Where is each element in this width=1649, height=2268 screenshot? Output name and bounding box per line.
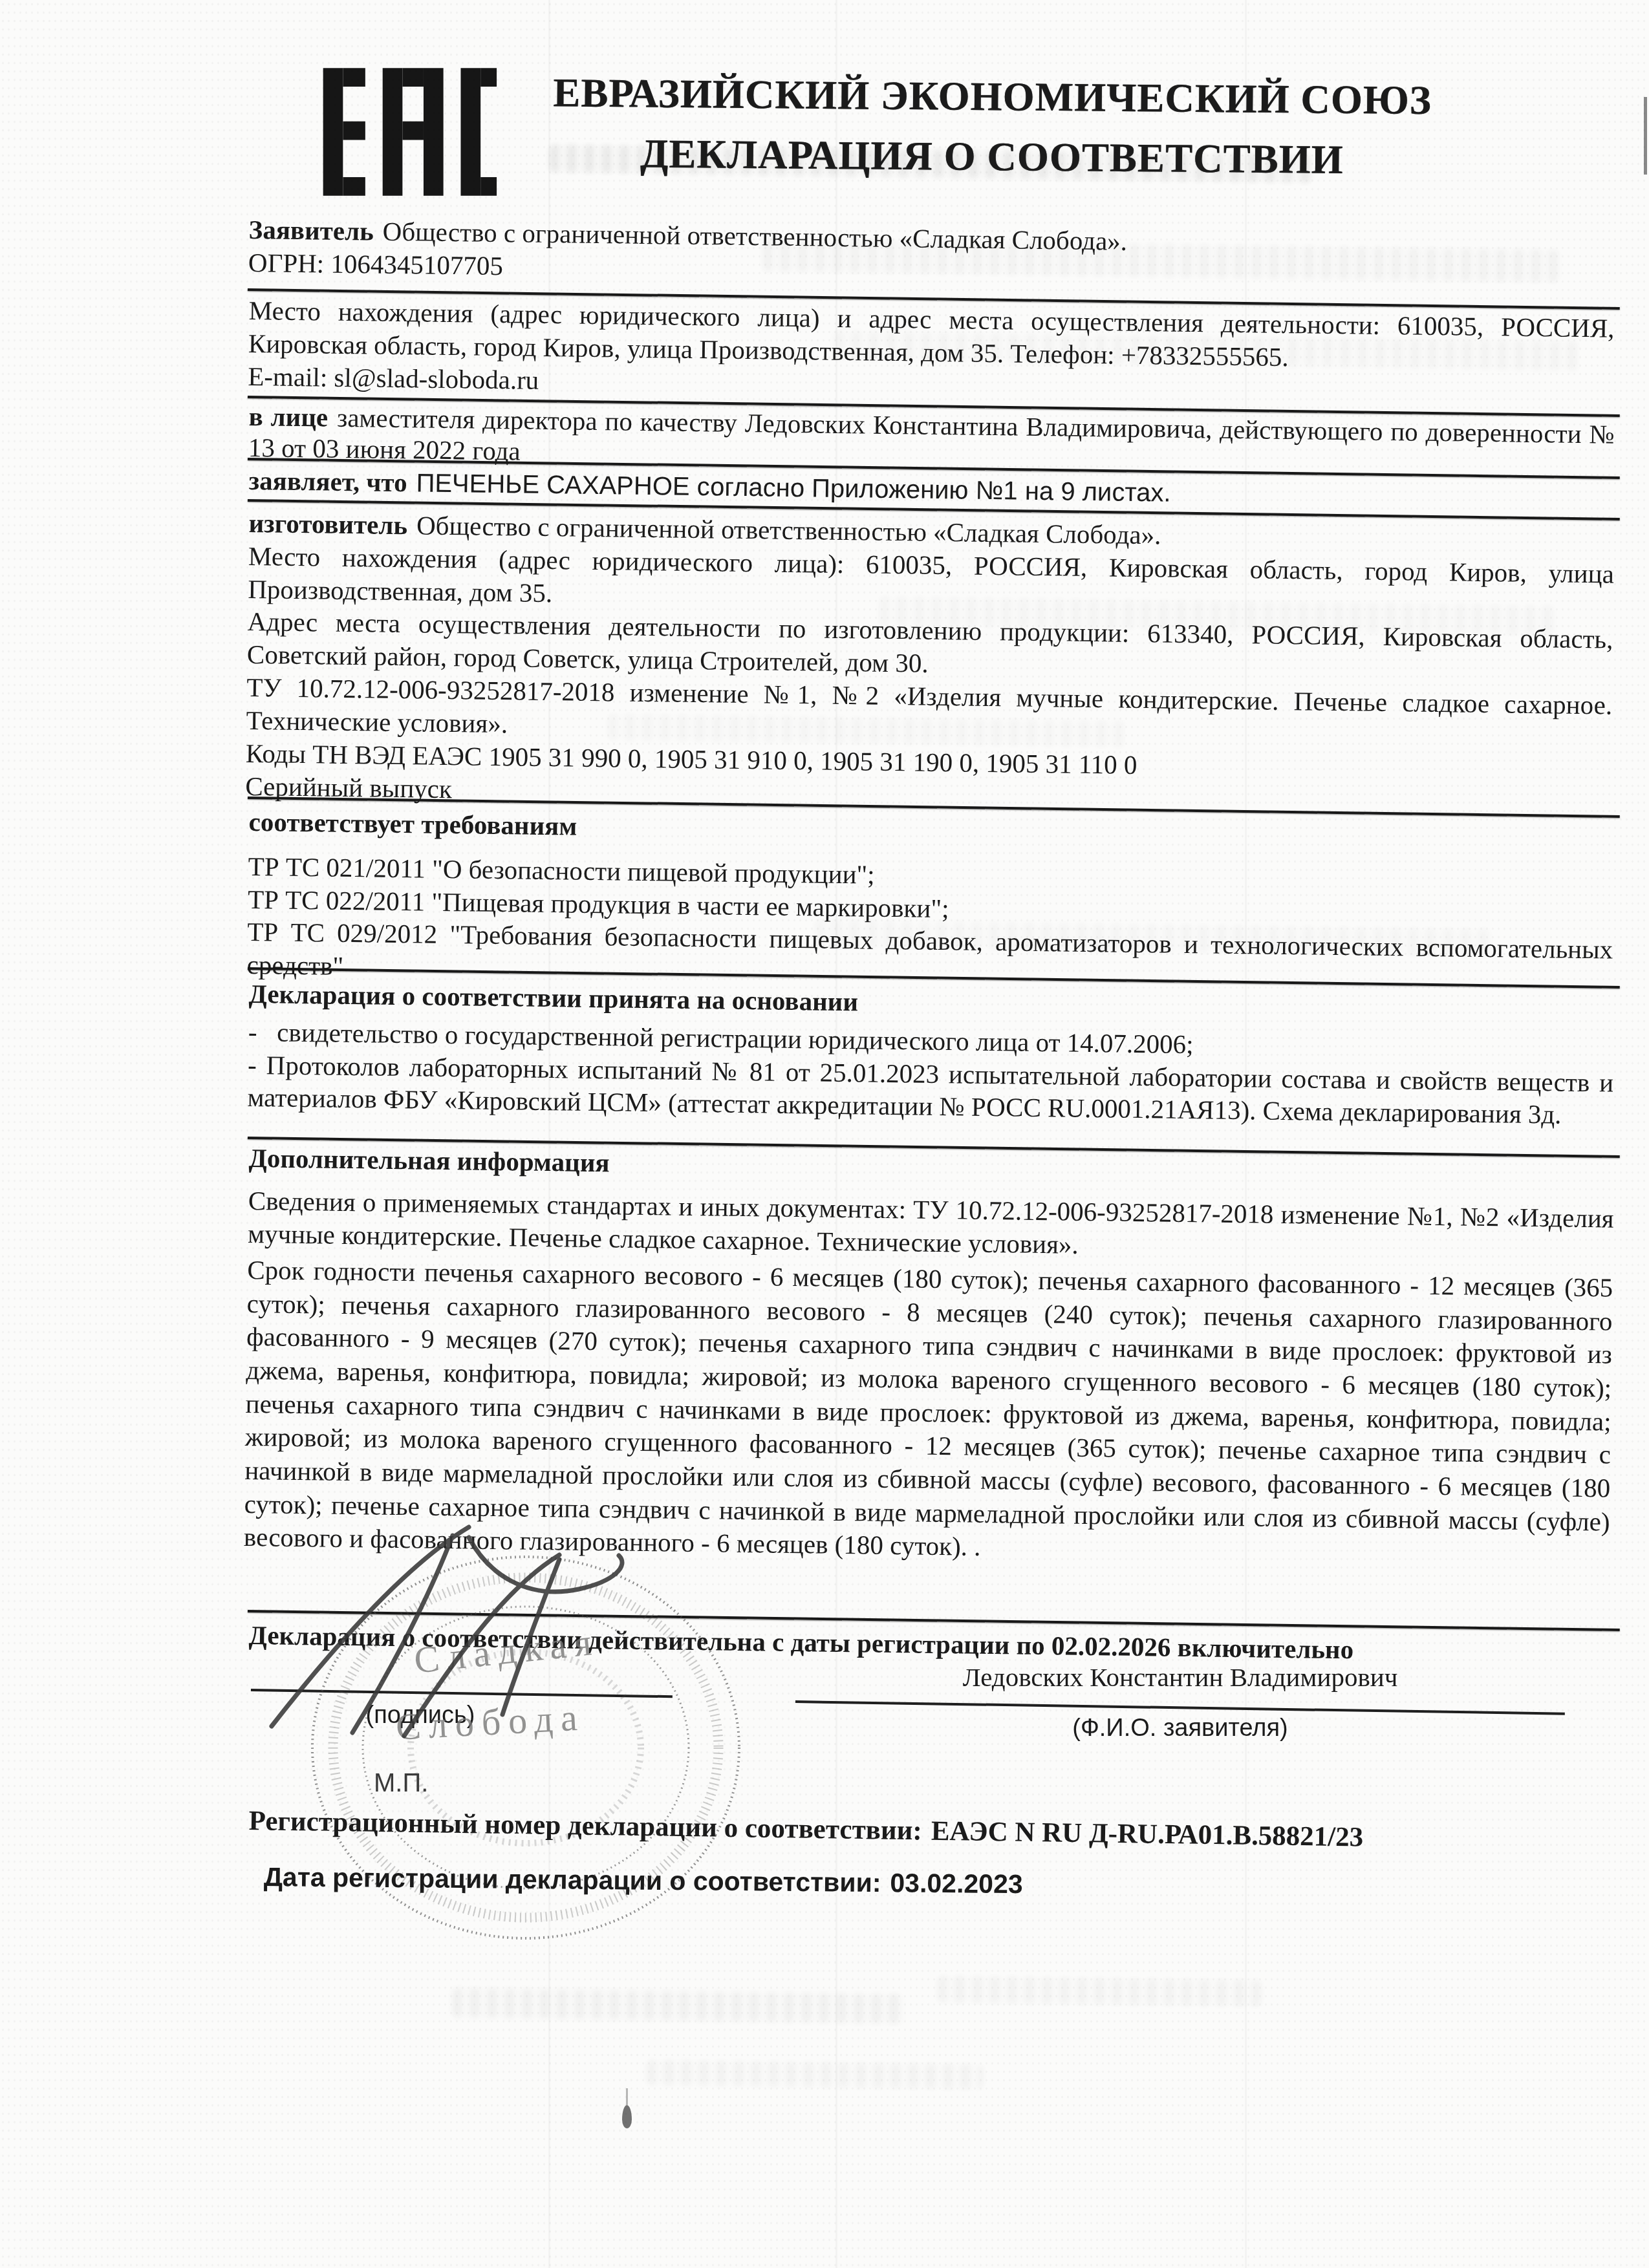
basis-section: Декларация о соответствии принята на осн… bbox=[247, 978, 1615, 1132]
scan-edge-artifact bbox=[1644, 97, 1647, 175]
title-declaration: ДЕКЛАРАЦИЯ О СООТВЕТСТВИИ bbox=[530, 133, 1454, 181]
scan-artifact bbox=[647, 2060, 983, 2089]
registration-number-value: ЕАЭС N RU Д-RU.РА01.В.58821/23 bbox=[931, 1816, 1363, 1853]
manufacturer-section: изготовительОбщество с ограниченной отве… bbox=[245, 507, 1615, 820]
scan-artifact bbox=[453, 1988, 906, 2024]
applicant-section: ЗаявительОбщество с ограниченной ответст… bbox=[248, 213, 1615, 297]
handwritten-signature bbox=[255, 1519, 708, 1739]
declaration-document-page: ЕВРАЗИЙСКИЙ ЭКОНОМИЧЕСКИЙ СОЮЗ ДЕКЛАРАЦИ… bbox=[0, 0, 1649, 2268]
title-union: ЕВРАЗИЙСКИЙ ЭКОНОМИЧЕСКИЙ СОЮЗ bbox=[530, 72, 1454, 121]
registration-date-label: Дата регистрации декларации о соответств… bbox=[264, 1862, 881, 1898]
manufacturer-label: изготовитель bbox=[248, 508, 407, 540]
ink-drop-artifact bbox=[622, 2105, 632, 2128]
additional-info-header: Дополнительная информация bbox=[248, 1142, 1614, 1193]
declares-product: ПЕЧЕНЬЕ САХАРНОЕ согласно Приложению №1 … bbox=[416, 469, 1171, 507]
fio-caption: (Ф.И.О. заявителя) bbox=[802, 1715, 1558, 1742]
fio-line bbox=[795, 1700, 1565, 1715]
scan-artifact bbox=[938, 1976, 1262, 2007]
document-title: ЕВРАЗИЙСКИЙ ЭКОНОМИЧЕСКИЙ СОЮЗ ДЕКЛАРАЦИ… bbox=[530, 72, 1455, 181]
applicant-label: Заявитель bbox=[248, 215, 374, 246]
applicant-address-section: Место нахождения (адрес юридического лиц… bbox=[248, 294, 1615, 411]
declarant-fio: Ледовских Константин Владимирович bbox=[802, 1662, 1558, 1693]
declares-label: заявляет, что bbox=[248, 465, 407, 497]
registration-date-value: 03.02.2023 bbox=[890, 1868, 1023, 1899]
additional-info-section: Дополнительная информация Сведения о при… bbox=[244, 1142, 1615, 1572]
eac-logo-icon bbox=[318, 63, 498, 200]
representative-label: в лице bbox=[248, 401, 328, 433]
